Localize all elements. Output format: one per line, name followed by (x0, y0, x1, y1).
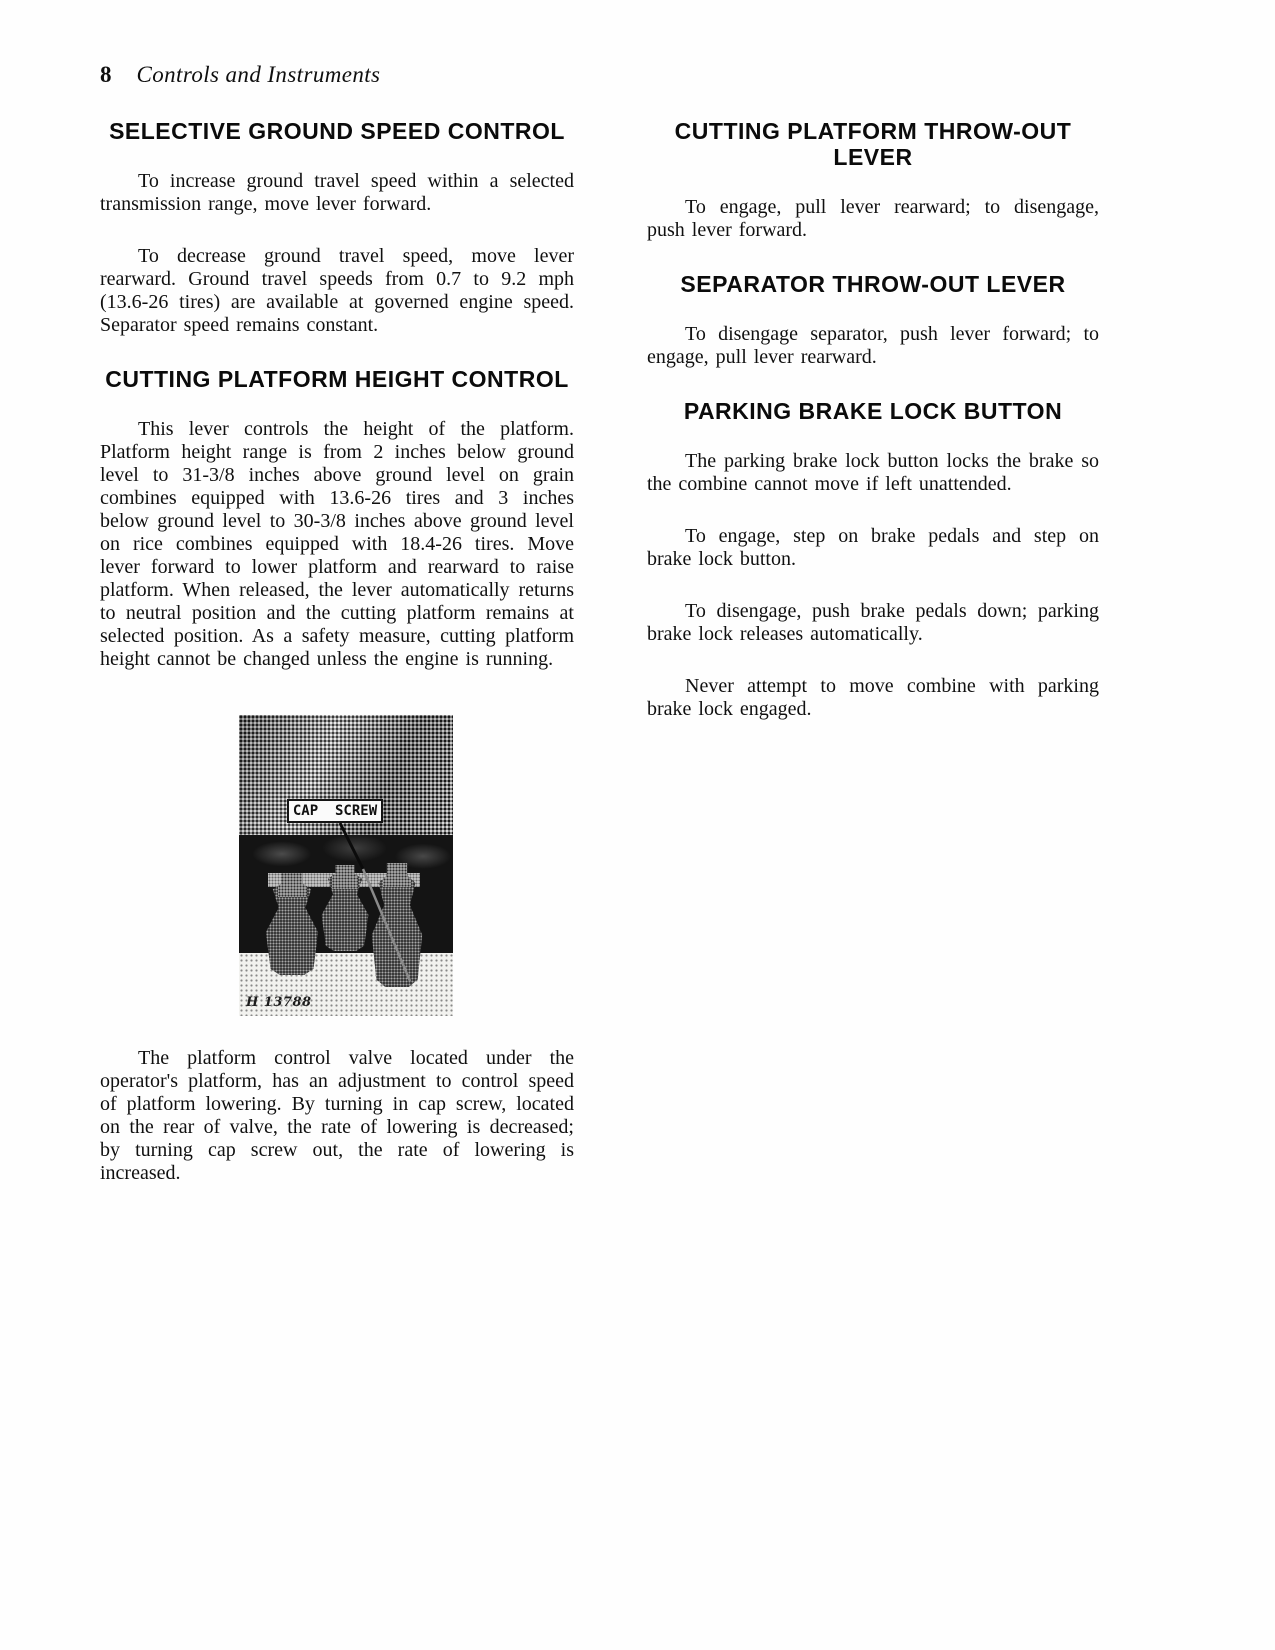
paragraph-platform-throw-out: To engage, pull lever rearward; to disen… (647, 196, 1099, 242)
paragraph-brake-lock-disengage: To disengage, push brake pedals down; pa… (647, 600, 1099, 646)
running-title: Controls and Instruments (137, 62, 381, 87)
photo-id: H 13788 (246, 995, 312, 1010)
heading-selective-ground-speed-control: SELECTIVE GROUND SPEED CONTROL (100, 118, 574, 144)
heading-parking-brake-lock-button: PARKING BRAKE LOCK BUTTON (647, 398, 1099, 424)
paragraph-decrease-speed: To decrease ground travel speed, move le… (100, 245, 574, 337)
heading-cutting-platform-height-control: CUTTING PLATFORM HEIGHT CONTROL (100, 366, 574, 392)
paragraph-control-valve-adjustment: The platform control valve located under… (100, 1047, 574, 1185)
page-number: 8 (100, 62, 112, 87)
valve-plunger-cap (332, 865, 358, 889)
paragraph-separator-throw-out: To disengage separator, push lever forwa… (647, 323, 1099, 369)
manual-page: 8Controls and Instruments SELECTIVE GROU… (0, 0, 1275, 1650)
paragraph-platform-height: This lever controls the height of the pl… (100, 418, 574, 671)
right-column: CUTTING PLATFORM THROW-OUT LEVER To enga… (647, 112, 1099, 750)
valve-plunger-cap (278, 873, 307, 897)
heading-cutting-platform-throw-out-lever: CUTTING PLATFORM THROW-OUT LEVER (647, 118, 1099, 170)
platform-control-valve-photo: CAP SCREW H 13788 (239, 715, 453, 1016)
page-header: 8Controls and Instruments (100, 62, 380, 88)
paragraph-increase-speed: To increase ground travel speed within a… (100, 170, 574, 216)
valve-plunger-cap (383, 863, 411, 887)
left-column: SELECTIVE GROUND SPEED CONTROL To increa… (100, 112, 574, 1214)
heading-separator-throw-out-lever: SEPARATOR THROW-OUT LEVER (647, 271, 1099, 297)
paragraph-brake-lock-purpose: The parking brake lock button locks the … (647, 450, 1099, 496)
paragraph-brake-lock-warning: Never attempt to move combine with parki… (647, 675, 1099, 721)
cap-screw-callout-label: CAP SCREW (287, 799, 383, 823)
paragraph-brake-lock-engage: To engage, step on brake pedals and step… (647, 525, 1099, 571)
